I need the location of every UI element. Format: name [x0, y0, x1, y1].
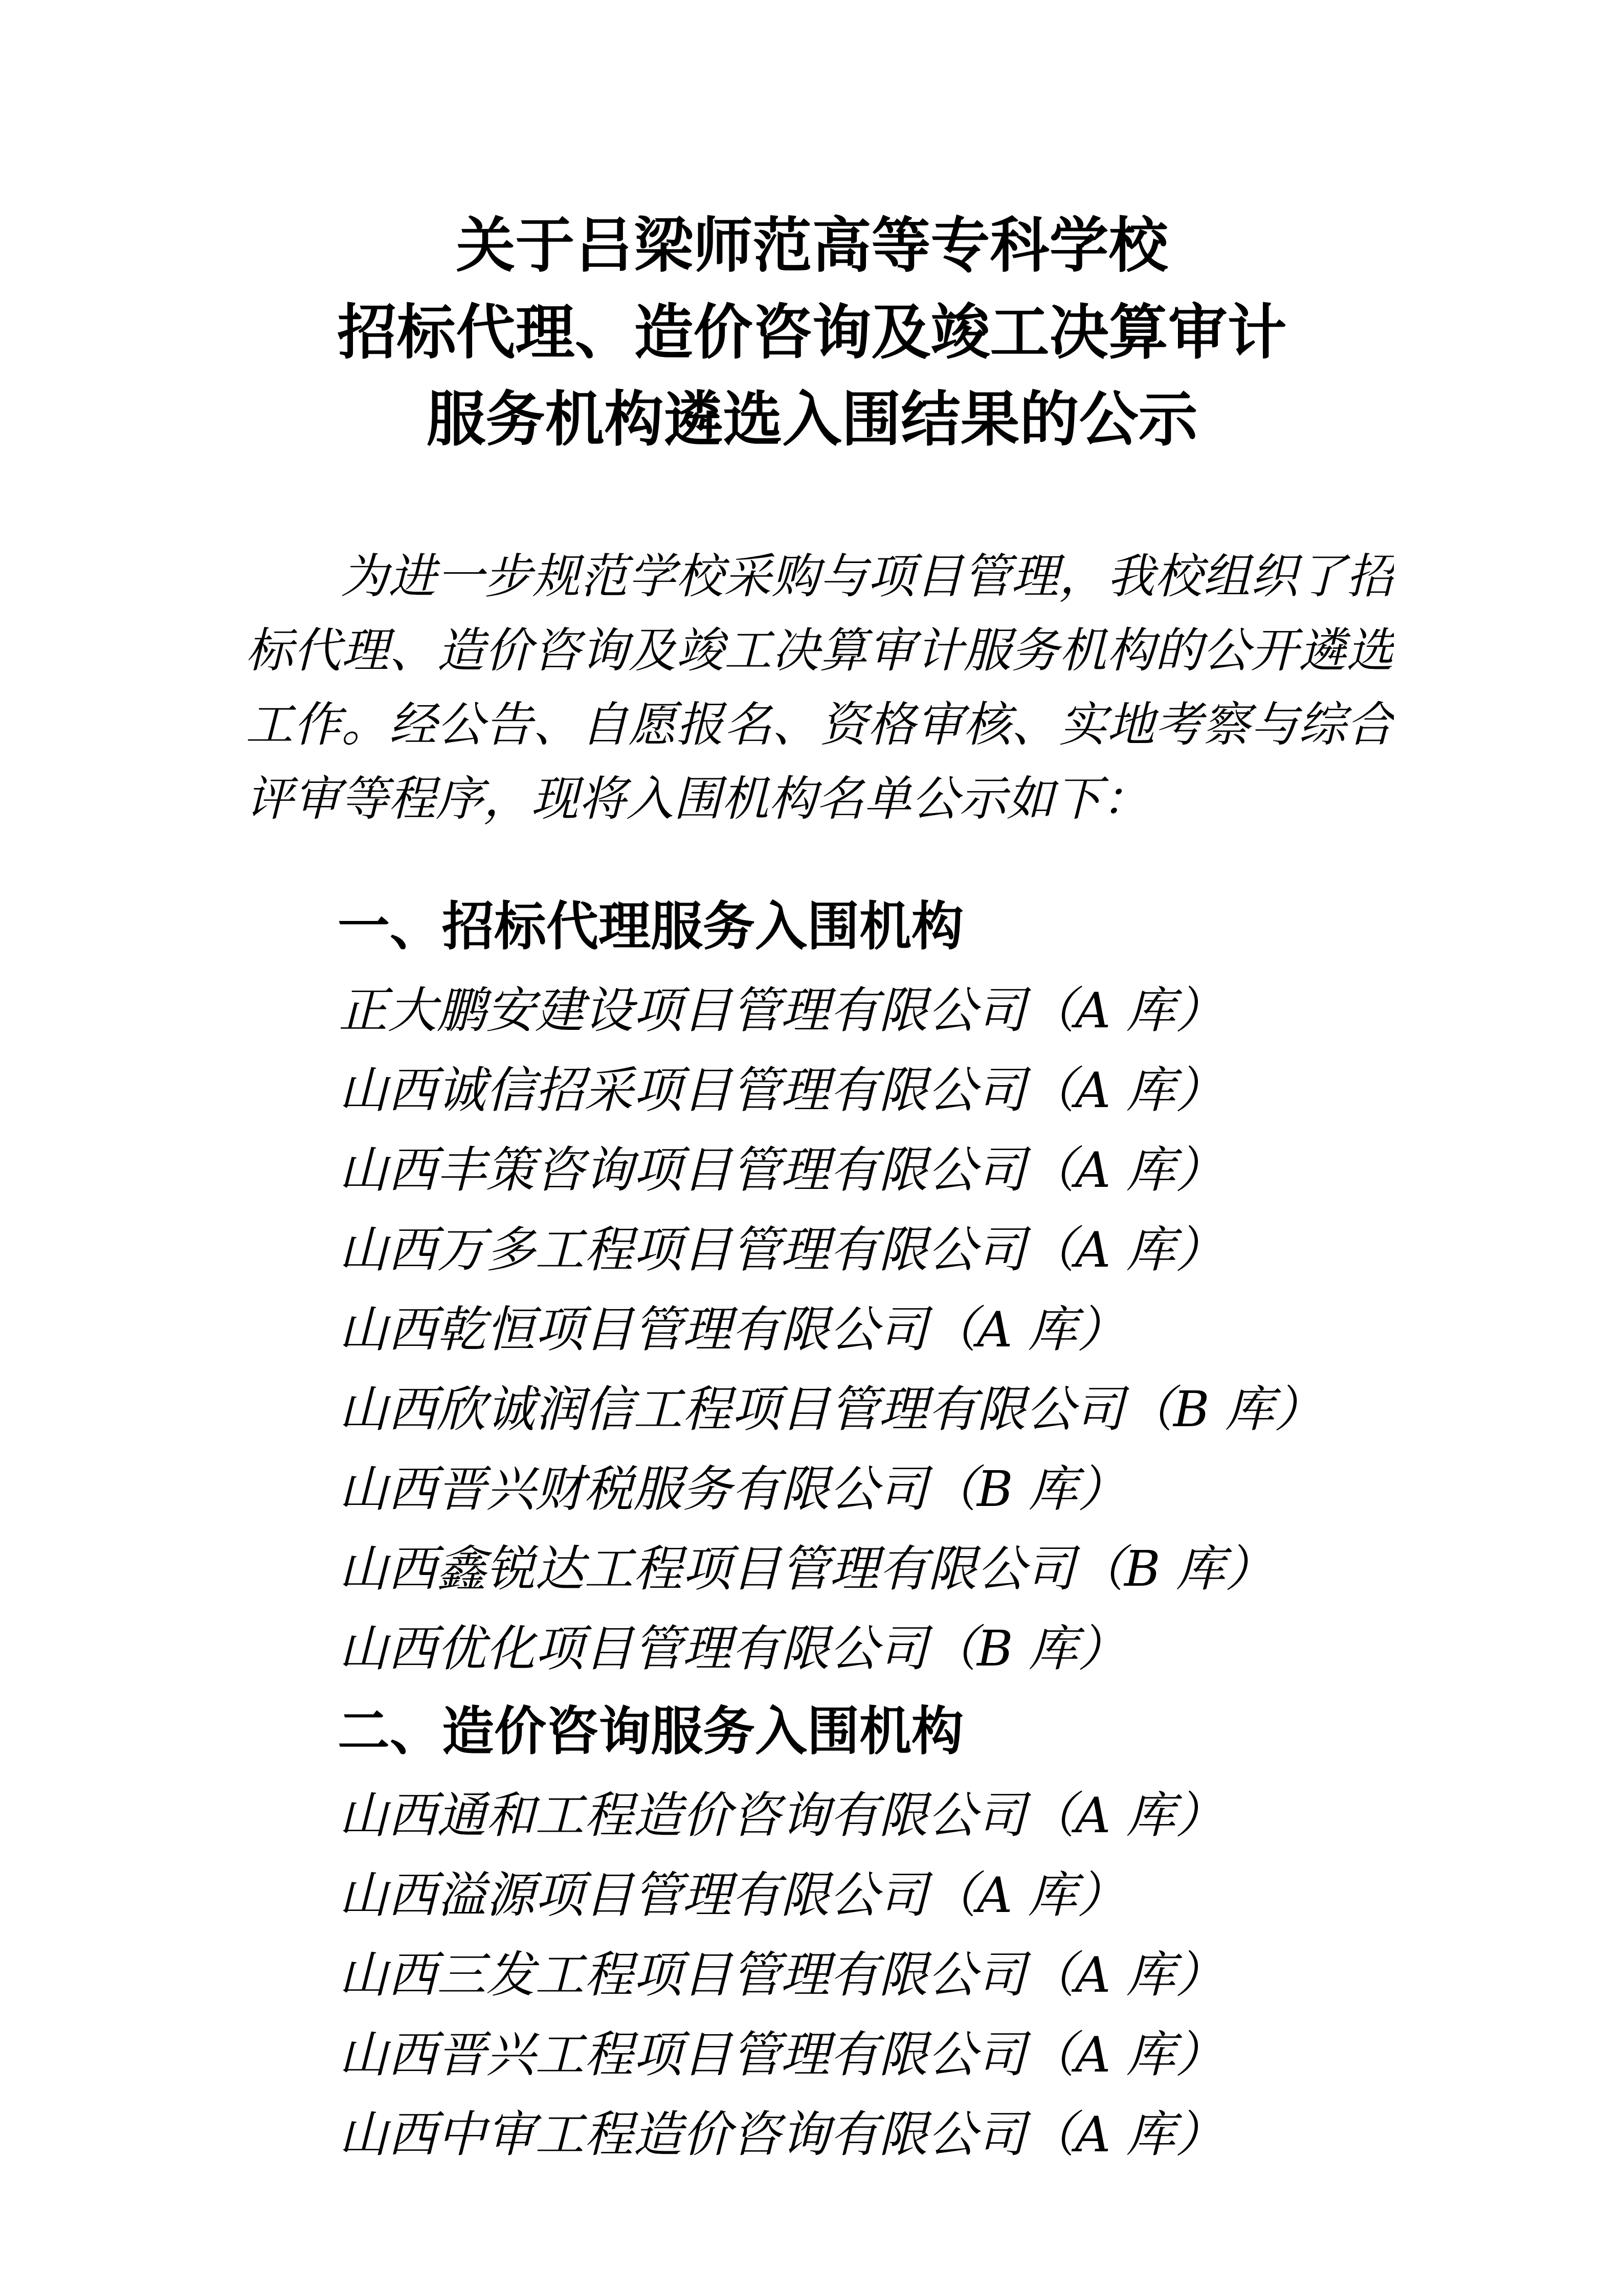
section-2-heading: 二、造价咨询服务入围机构 [246, 1689, 1394, 1775]
list-item: 山西三发工程项目管理有限公司（A 库） [246, 1935, 1394, 2015]
list-item: 山西中审工程造价咨询有限公司（A 库） [246, 2095, 1394, 2174]
list-item: 山西欣诚润信工程项目管理有限公司（B 库） [246, 1369, 1394, 1449]
title-line-1: 关于吕梁师范高等专科学校 [0, 202, 1624, 289]
list-item: 山西丰策咨询项目管理有限公司（A 库） [246, 1130, 1394, 1210]
section-2-list: 山西通和工程造价咨询有限公司（A 库） 山西溢源项目管理有限公司（A 库） 山西… [246, 1775, 1394, 2174]
list-item: 山西晋兴工程项目管理有限公司（A 库） [246, 2015, 1394, 2095]
list-item: 山西乾恒项目管理有限公司（A 库） [246, 1290, 1394, 1369]
list-item: 山西晋兴财税服务有限公司（B 库） [246, 1449, 1394, 1529]
section-1-heading: 一、招标代理服务入围机构 [246, 884, 1394, 971]
list-item: 山西溢源项目管理有限公司（A 库） [246, 1855, 1394, 1935]
list-item: 山西鑫锐达工程项目管理有限公司（B 库） [246, 1529, 1394, 1609]
list-item: 山西通和工程造价咨询有限公司（A 库） [246, 1775, 1394, 1855]
document-title: 关于吕梁师范高等专科学校 招标代理、造价咨询及竣工决算审计 服务机构遴选入围结果… [0, 202, 1624, 463]
list-item: 正大鹏安建设项目管理有限公司（A 库） [246, 971, 1394, 1050]
document-body: 为进一步规范学校采购与项目管理，我校组织了招标代理、造价咨询及竣工决算审计服务机… [246, 539, 1394, 2174]
list-item: 山西万多工程项目管理有限公司（A 库） [246, 1210, 1394, 1290]
intro-paragraph: 为进一步规范学校采购与项目管理，我校组织了招标代理、造价咨询及竣工决算审计服务机… [246, 539, 1394, 836]
title-line-2: 招标代理、造价咨询及竣工决算审计 [0, 289, 1624, 376]
document-page: 关于吕梁师范高等专科学校 招标代理、造价咨询及竣工决算审计 服务机构遴选入围结果… [0, 0, 1624, 2296]
list-item: 山西诚信招采项目管理有限公司（A 库） [246, 1050, 1394, 1130]
list-item: 山西优化项目管理有限公司（B 库） [246, 1609, 1394, 1689]
section-1-list: 正大鹏安建设项目管理有限公司（A 库） 山西诚信招采项目管理有限公司（A 库） … [246, 971, 1394, 1689]
title-line-3: 服务机构遴选入围结果的公示 [0, 376, 1624, 463]
